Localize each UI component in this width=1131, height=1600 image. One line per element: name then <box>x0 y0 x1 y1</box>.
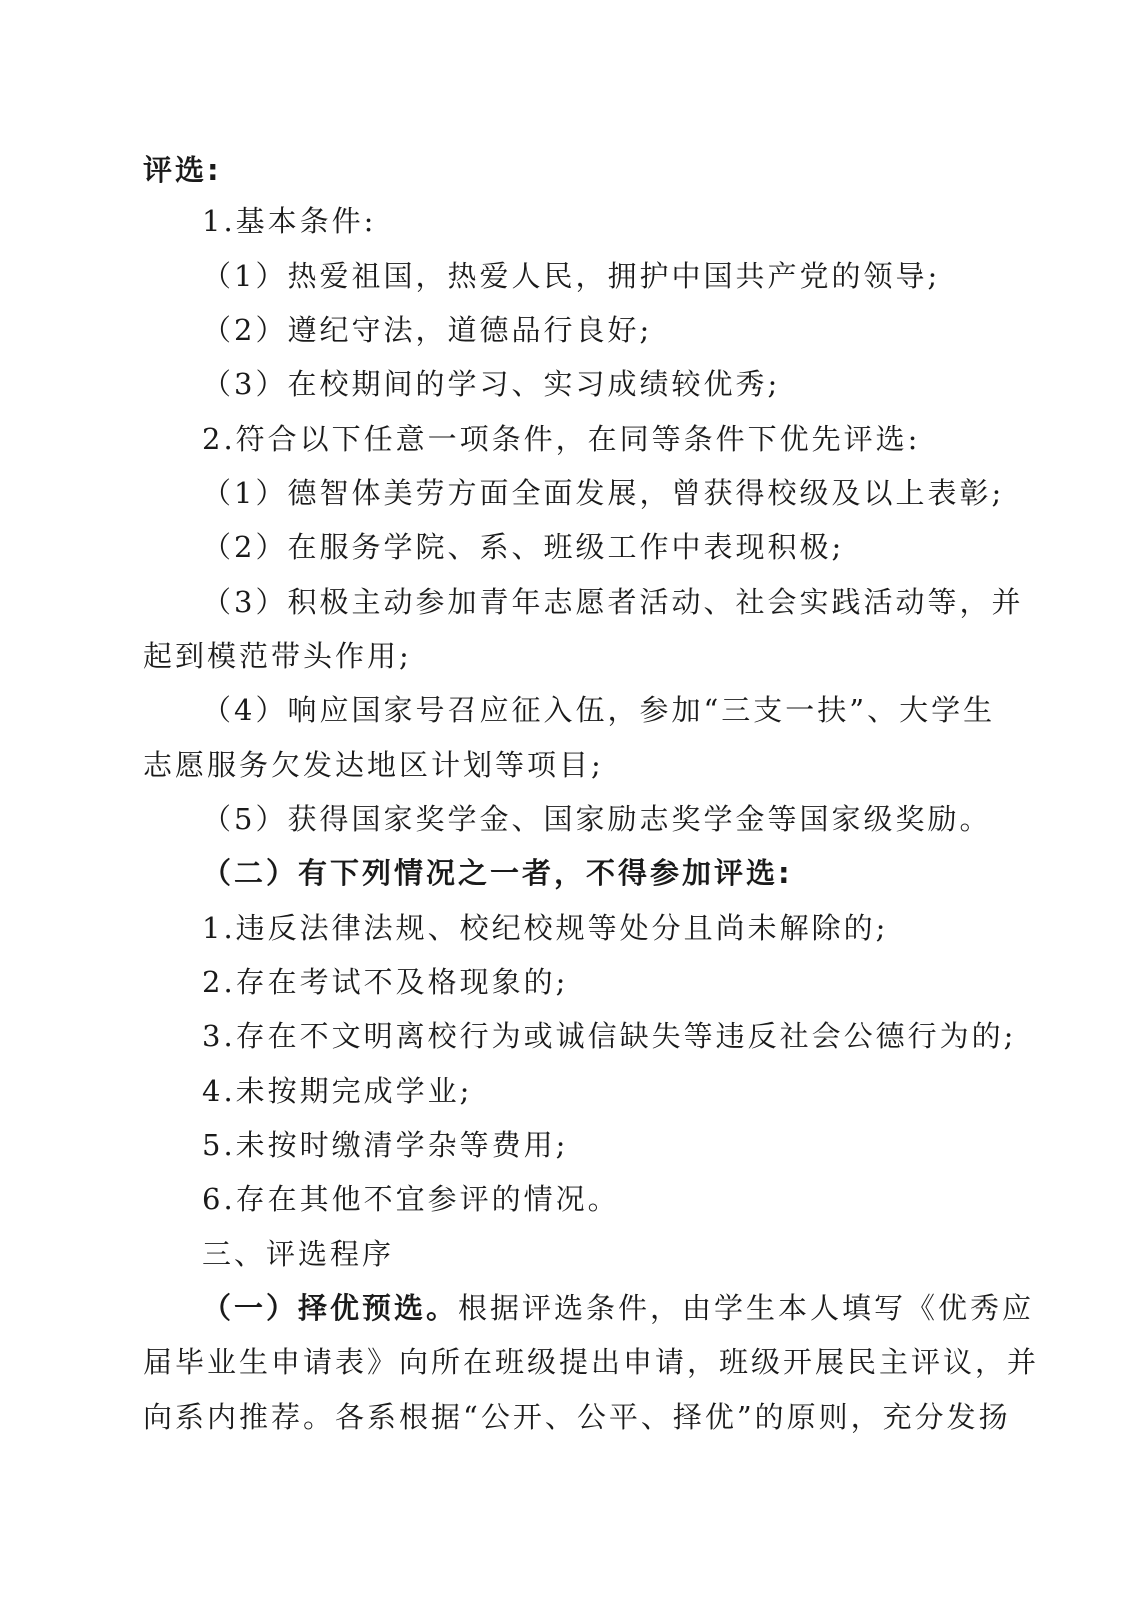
paragraph-line: 向系内推荐。各系根据“公开、公平、择优”的原则，充分发扬 <box>143 1397 1011 1437</box>
paragraph-line: （1）热爱祖国，热爱人民，拥护中国共产党的领导; <box>202 256 940 296</box>
paragraph-line: （2）在服务学院、系、班级工作中表现积极; <box>202 527 844 567</box>
paragraph-text: 根据评选条件，由学生本人填写《优秀应 <box>458 1291 1034 1325</box>
section-label: 评选: <box>143 150 222 190</box>
paragraph-line: （3）积极主动参加青年志愿者活动、社会实践活动等，并 <box>202 582 1023 622</box>
paragraph-line: （5）获得国家奖学金、国家励志奖学金等国家级奖励。 <box>202 799 991 839</box>
paragraph-line: 4.未按期完成学业; <box>202 1071 472 1111</box>
paragraph-line: （3）在校期间的学习、实习成绩较优秀; <box>202 364 780 404</box>
paragraph-line: 6.存在其他不宜参评的情况。 <box>202 1179 620 1219</box>
paragraph-line: 2.符合以下任意一项条件，在同等条件下优先评选: <box>202 419 920 459</box>
inline-bold-heading: （一）择优预选。 <box>202 1291 458 1325</box>
paragraph-line: （4）响应国家号召应征入伍，参加“三支一扶”、大学生 <box>202 690 995 730</box>
paragraph-line: （2）遵纪守法，道德品行良好; <box>202 310 652 350</box>
paragraph-line: 3.存在不文明离校行为或诚信缺失等违反社会公德行为的; <box>202 1016 1016 1056</box>
document-page: 评选: 1.基本条件: （1）热爱祖国，热爱人民，拥护中国共产党的领导; （2）… <box>0 0 1131 1600</box>
paragraph-line: 2.存在考试不及格现象的; <box>202 962 568 1002</box>
paragraph-line: （1）德智体美劳方面全面发展，曾获得校级及以上表彰; <box>202 473 1004 513</box>
paragraph-line: 5.未按时缴清学杂等费用; <box>202 1125 568 1165</box>
paragraph-line: 1.违反法律法规、校纪校规等处分且尚未解除的; <box>202 908 888 948</box>
section-heading: 三、评选程序 <box>202 1234 394 1274</box>
paragraph-line: 届毕业生申请表》向所在班级提出申请，班级开展民主评议，并 <box>143 1342 1039 1382</box>
paragraph-line: 1.基本条件: <box>202 201 376 241</box>
paragraph-line: 起到模范带头作用; <box>143 636 412 676</box>
paragraph-line: （一）择优预选。根据评选条件，由学生本人填写《优秀应 <box>202 1288 1034 1328</box>
subsection-heading: （二）有下列情况之一者，不得参加评选: <box>202 853 793 893</box>
paragraph-line: 志愿服务欠发达地区计划等项目; <box>143 745 604 785</box>
